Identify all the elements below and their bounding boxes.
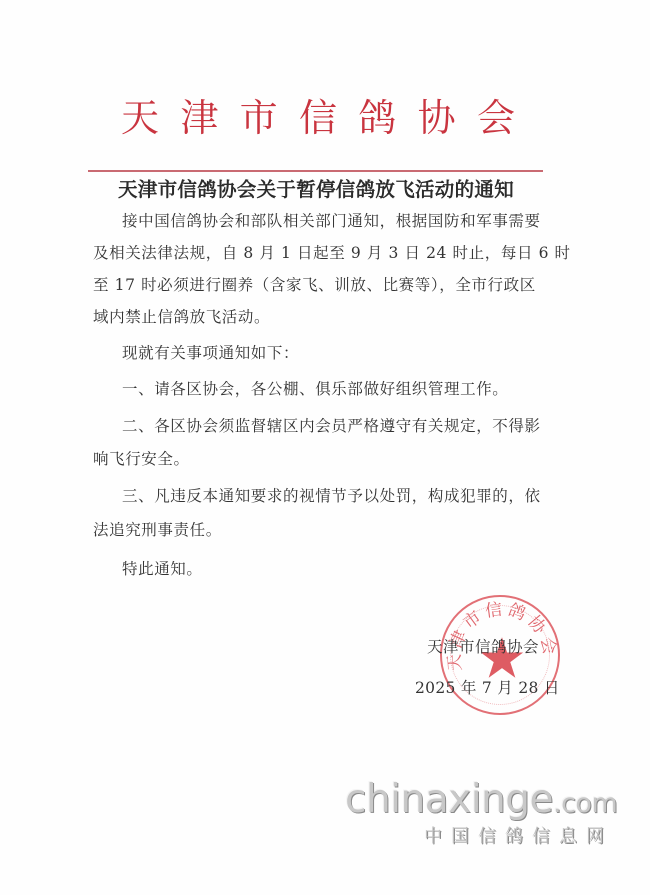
paragraph-1-line-2: 及相关法律法规，自 8 月 1 日起至 9 月 3 日 24 时止，每日 6 时 <box>93 243 545 263</box>
signature-date: 2025 年 7 月 28 日 <box>415 678 560 698</box>
watermark-site-url: chinaxinge.com <box>345 778 617 826</box>
closing-line: 特此通知。 <box>122 559 574 579</box>
watermark-site-main: chinaxinge <box>345 777 553 822</box>
paragraph-1-line-4: 域内禁止信鸽放飞活动。 <box>93 307 545 327</box>
document-title: 天津市信鸽协会关于暂停信鸽放飞活动的通知 <box>118 177 538 203</box>
paragraph-1-line-3: 至 17 时必须进行圈养（含家飞、训放、比赛等），全市行政区 <box>93 275 545 295</box>
letterhead-char: 协 <box>415 94 459 142</box>
letterhead-divider <box>88 170 543 172</box>
watermark-site-name: 中国信鸽信息网 <box>424 826 613 848</box>
item-2-line-2: 响飞行安全。 <box>93 449 545 469</box>
item-2-line-1: 二、各区协会须监督辖区内会员严格遵守有关规定，不得影 <box>122 416 574 436</box>
letterhead-char: 信 <box>296 94 340 142</box>
paragraph-1-line-1: 接中国信鸽协会和部队相关部门通知，根据国防和军事需要 <box>122 211 574 231</box>
item-3-line-1: 三、凡违反本通知要求的视情节予以处罚，构成犯罪的，依 <box>122 486 574 506</box>
watermark-site-tld: .com <box>553 788 617 819</box>
item-3-line-2: 法追究刑事责任。 <box>93 520 545 540</box>
letterhead-char: 天 <box>118 94 162 142</box>
letterhead-org-name: 天 津 市 信 鸽 协 会 <box>118 94 518 142</box>
letterhead-char: 鸽 <box>355 94 399 142</box>
letterhead-char: 津 <box>177 94 221 142</box>
document-page: 天 津 市 信 鸽 协 会 天津市信鸽协会关于暂停信鸽放飞活动的通知 接中国信鸽… <box>0 0 650 895</box>
intro-line: 现就有关事项通知如下： <box>122 343 574 363</box>
signature-org: 天津市信鸽协会 <box>427 637 539 657</box>
letterhead-char: 会 <box>474 94 518 142</box>
letterhead-char: 市 <box>237 94 281 142</box>
item-1: 一、请各区协会，各公棚、俱乐部做好组织管理工作。 <box>122 379 574 399</box>
